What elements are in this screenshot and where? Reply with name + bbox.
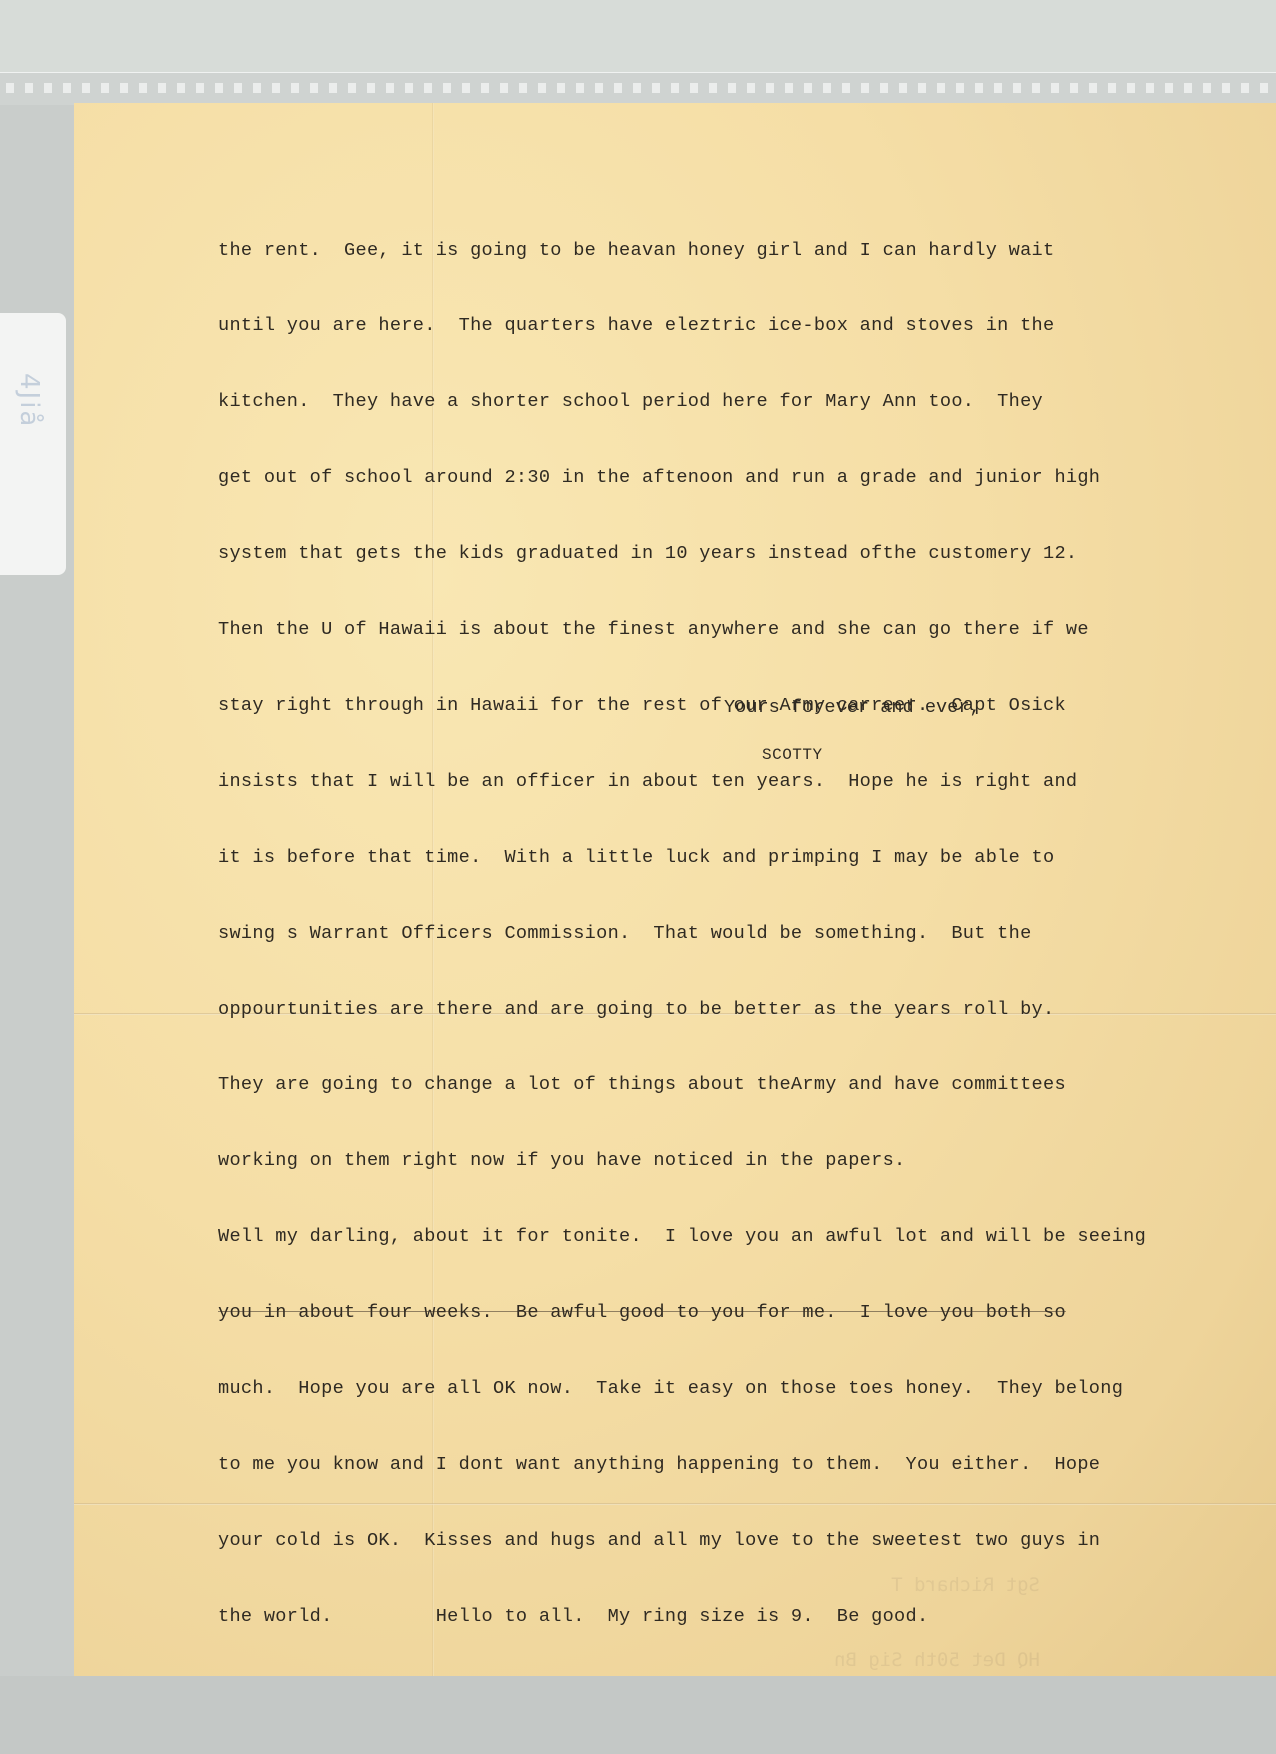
letter-line: it is before that time. With a little lu… xyxy=(218,845,1276,870)
letter-page: Sgt Richard T HQ Det 50th Sig Bn the ren… xyxy=(74,103,1276,1676)
letter-line: much. Hope you are all OK now. Take it e… xyxy=(218,1376,1276,1401)
letter-line: Well my darling, about it for tonite. I … xyxy=(218,1224,1276,1249)
letter-line: They are going to change a lot of things… xyxy=(218,1072,1276,1097)
letter-closing: Yours forever and ever, xyxy=(724,697,981,718)
letter-line: until you are here. The quarters have el… xyxy=(218,313,1276,338)
letter-line: swing s Warrant Officers Commission. Tha… xyxy=(218,921,1276,946)
letter-body: the rent. Gee, it is going to be heavan … xyxy=(218,187,1276,1680)
letter-line: you in about four weeks. Be awful good t… xyxy=(218,1300,1276,1325)
letter-line: Then the U of Hawaii is about the finest… xyxy=(218,617,1276,642)
side-label-text: 4Jiå xyxy=(14,373,44,428)
letter-line: oppourtunities are there and are going t… xyxy=(218,997,1276,1022)
sleeve-edge xyxy=(0,72,1276,105)
letter-line: kitchen. They have a shorter school peri… xyxy=(218,389,1276,414)
letter-line: to me you know and I dont want anything … xyxy=(218,1452,1276,1477)
letter-line: insists that I will be an officer in abo… xyxy=(218,769,1276,794)
letter-line: the rent. Gee, it is going to be heavan … xyxy=(218,238,1276,263)
letter-line: your cold is OK. Kisses and hugs and all… xyxy=(218,1528,1276,1553)
archive-side-label: 4Jiå xyxy=(0,313,66,575)
scanner-background xyxy=(0,0,1276,72)
letter-line: the world. Hello to all. My ring size is… xyxy=(218,1604,1276,1629)
scanner-background-bottom xyxy=(0,1676,1276,1754)
letter-line: working on them right now if you have no… xyxy=(218,1148,1276,1173)
letter-signature: SCOTTY xyxy=(762,746,823,764)
letter-line: system that gets the kids graduated in 1… xyxy=(218,541,1276,566)
letter-line: get out of school around 2:30 in the aft… xyxy=(218,465,1276,490)
sleeve-perforations xyxy=(0,83,1276,93)
